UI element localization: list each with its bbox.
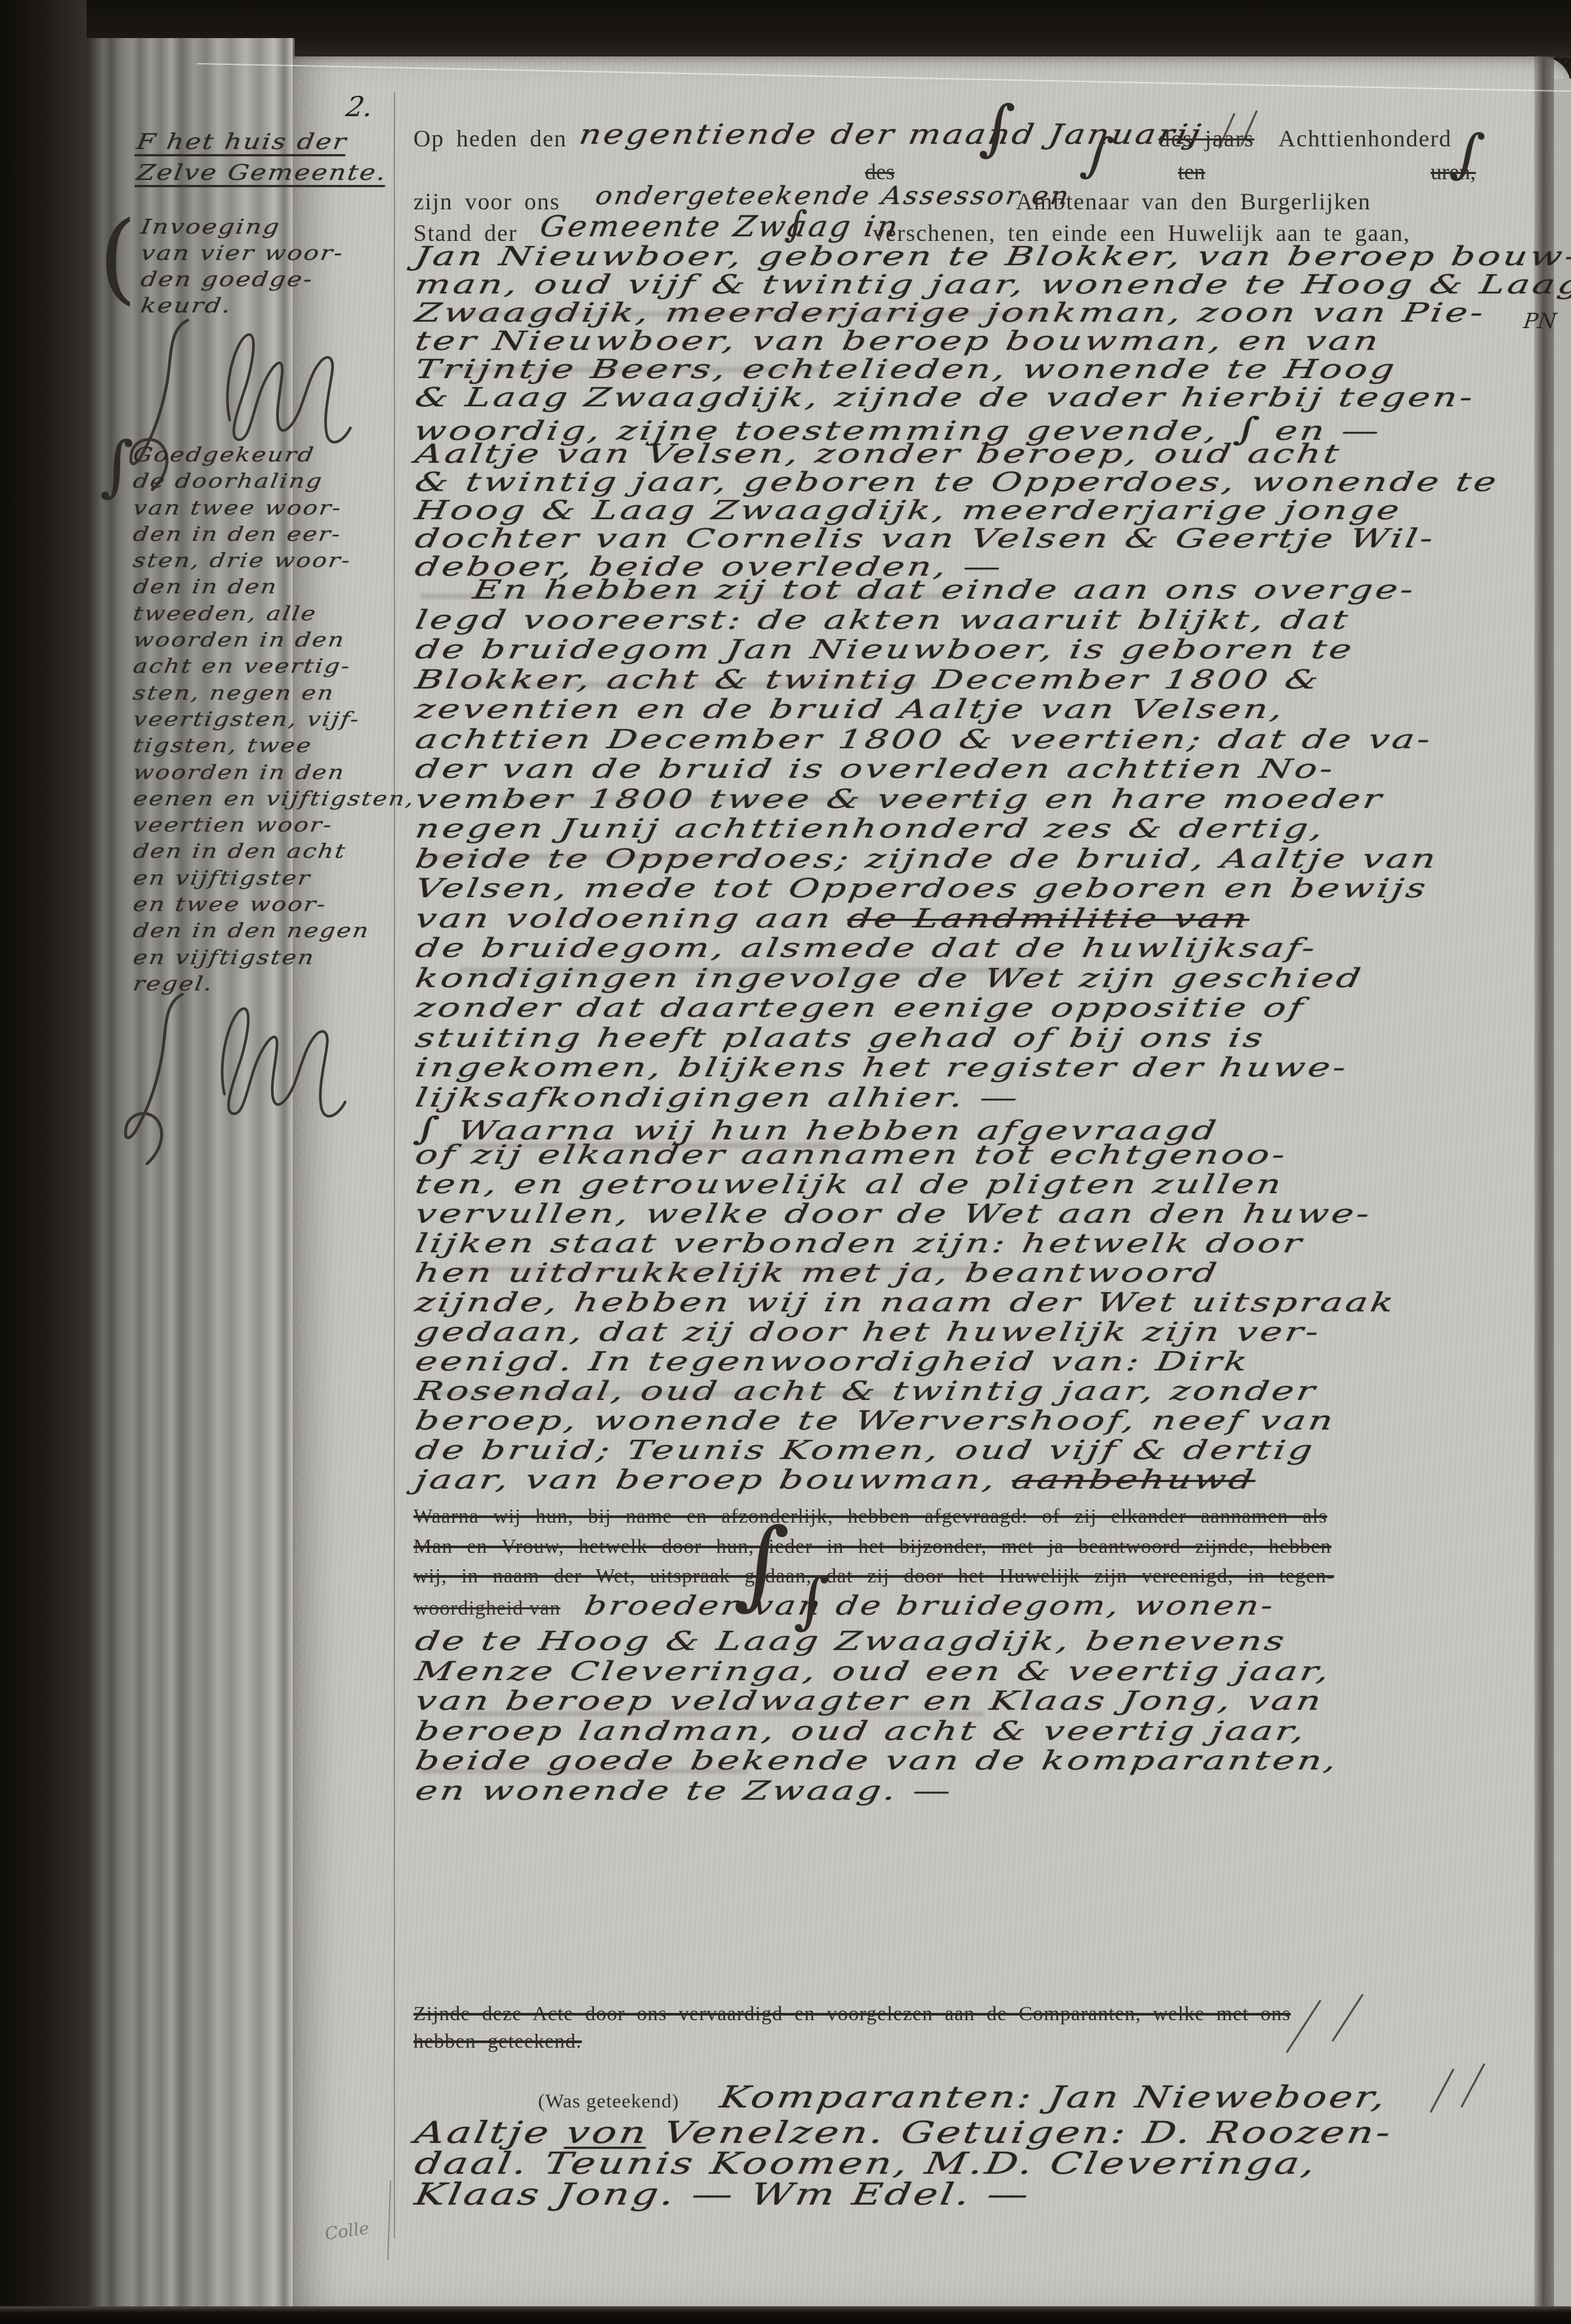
struck-text: de Landmilitie van [845, 904, 1252, 934]
handwritten-line: gedaan, dat zij door het huwelijk zijn v… [413, 1317, 1398, 1347]
text-segment: veertien woor- [131, 814, 335, 837]
text-segment: of zij elkander aannamen tot echtgenoo- [413, 1140, 1290, 1170]
text-segment: Venelzen. Getuigen: D. Roozen- [645, 2115, 1396, 2150]
text-segment: Menze Cleveringa, oud een & veertig jaar… [413, 1657, 1334, 1687]
margin-note-line: acht en veertig- [131, 655, 417, 681]
was-geteekend-label: (Was geteekend) [538, 2090, 679, 2112]
handwritten-line: de bruid; Teunis Komen, oud vijf & derti… [413, 1435, 1398, 1465]
text-segment: sten, negen en [131, 682, 336, 705]
margin-note-line: en twee woor- [131, 893, 417, 919]
struck-printed-line: hebben geteekend. [413, 2029, 1291, 2057]
handwritten-line: van beroep veldwagter en Klaas Jong, van [413, 1686, 1341, 1716]
text-segment: de bruidegom, alsmede dat de huwlijksaf- [413, 933, 1320, 963]
printed-header-pre: Op heden den [413, 125, 567, 152]
text-segment: Rosendal, oud acht & twintig jaar, zonde… [413, 1376, 1320, 1406]
handwritten-line: beide goede bekende van de komparanten, [413, 1746, 1341, 1776]
handwritten-line: Trijntje Beers, echtelieden, wonende te … [413, 354, 1571, 383]
text-segment: der van de bruid is overleden achttien N… [413, 754, 1338, 784]
text-segment: en twee woor- [131, 893, 328, 916]
text-segment: Goedgekeurd [131, 444, 316, 467]
scan-dark-band-left [0, 0, 87, 2324]
signature-line: Klaas Jong. — Wm Edel. — [413, 2176, 1396, 2207]
text-segment: legd vooreerst: de akten waaruit blijkt,… [413, 605, 1353, 635]
handwritten-line: Zwaagdijk, meerderjarige jonkman, zoon v… [413, 298, 1571, 326]
margin-note-line: den goedge- [138, 268, 346, 294]
handwritten-line: vember 1800 twee & veertig en hare moede… [413, 784, 1440, 814]
text-segment: Invoeging [139, 215, 282, 239]
handwritten-line: ter Nieuwboer, van beroep bouwman, en va… [413, 326, 1571, 354]
text-segment: eenen en vijftigsten, [131, 788, 417, 811]
handwritten-line: Rosendal, oud acht & twintig jaar, zonde… [413, 1376, 1398, 1406]
handwritten-line: Velsen, mede tot Opperdoes geboren en be… [413, 874, 1440, 904]
text-segment: Zwaagdijk, meerderjarige jonkman, zoon v… [413, 298, 1488, 328]
handwritten-line: kondigingen ingevolge de Wet zijn geschi… [413, 963, 1440, 994]
margin-note-line: den in den negen [131, 919, 417, 946]
text-segment: en wonende te Zwaag. — [413, 1776, 955, 1806]
margin-note-line: den in den acht [131, 840, 417, 866]
margin-note-line: veertigsten, vijf- [131, 708, 417, 734]
printed-ambtenaar: Ambtenaar van den Burgerlijken [1016, 188, 1371, 215]
struck-printed-line: Man en Vrouw, hetwelk door hun, ieder in… [413, 1534, 1334, 1565]
text-segment: ingekomen, blijkens het register der huw… [413, 1053, 1351, 1083]
printed-struck-ten: ten [1178, 160, 1205, 185]
handwritten-line: zeventien en de bruid Aaltje van Velsen, [413, 694, 1440, 725]
text-segment: En hebben zij tot dat einde aan ons over… [471, 575, 1418, 605]
text-segment: van beroep veldwagter en Klaas Jong, van [413, 1686, 1326, 1716]
text-segment: de te Hoog & Laag Zwaagdijk, benevens [413, 1626, 1289, 1657]
text-segment: Trijntje Beers, echtelieden, wonende te … [413, 354, 1400, 385]
handwritten-line: stuiting heeft plaats gehad of bij ons i… [413, 1023, 1440, 1053]
text-segment: zonder dat daartegen eenige oppositie of [413, 993, 1308, 1023]
handwritten-line: ingekomen, blijkens het register der huw… [413, 1053, 1440, 1083]
margin-brace: ( [98, 209, 137, 307]
insert-mark: ∫ [733, 1513, 791, 1615]
handwritten-line: jaar, van beroep bouwman, aanbehuwd [413, 1465, 1398, 1494]
text-segment: lijken staat verbonden zijn: hetwelk doo… [413, 1229, 1307, 1259]
text-segment: den in den [131, 576, 280, 599]
text-segment: Blokker, acht & twintig December 1800 & [413, 665, 1324, 695]
margin-note-approval: Goedgekeurdde doorhalingvan twee woor-de… [131, 444, 362, 999]
margin-note-line: woorden in den [131, 761, 417, 788]
margin-rule-line [394, 92, 395, 2238]
handwritten-line: & Laag Zwaagdijk, zijnde de vader hierbi… [413, 383, 1571, 411]
insert-mark: ∫ [793, 1569, 830, 1633]
text-segment: en vijftigsten [131, 946, 316, 969]
handwritten-line: man, oud vijf & twintig jaar, wonende te… [413, 270, 1571, 298]
handwritten-line: Menze Cleveringa, oud een & veertig jaar… [413, 1657, 1341, 1687]
margin-note-line: den in den eer- [131, 523, 417, 549]
text-segment: den goedge- [139, 268, 315, 291]
insert-mark: ∫ [978, 96, 1016, 161]
margin-note-line: F het huis der [134, 129, 389, 159]
text-segment: hen uitdrukkelijk met ja, beantwoord [413, 1258, 1222, 1288]
text-segment: man, oud vijf & twintig jaar, wonende te… [413, 270, 1571, 300]
handwritten-paragraph-witnesses2: de te Hoog & Laag Zwaagdijk, benevensMen… [413, 1626, 1064, 1806]
text-segment: Man en Vrouw, hetwelk door hun, ieder in… [413, 1534, 1331, 1557]
margin-note-line: van vier woor- [138, 242, 346, 268]
text-segment: Aaltje van Velsen, zonder beroep, oud ac… [413, 439, 1344, 469]
edge-correction-note: PN [1522, 308, 1558, 333]
text-segment: Velsen, mede tot Opperdoes geboren en be… [413, 874, 1431, 904]
text-segment: den in den negen [131, 919, 371, 942]
handwritten-line: dochter van Cornelis van Velsen & Geertj… [413, 524, 1571, 552]
text-segment: Zelve Gemeente. [135, 159, 389, 185]
text-segment: veertigsten, vijf- [131, 708, 362, 731]
signature-line: daal. Teunis Koomen, M.D. Cleveringa, [413, 2145, 1396, 2176]
margin-note-insertion: Invoegingvan vier woor-den goedge-keurd. [139, 215, 305, 320]
printed-achttienhonderd: Achttienhonderd [1278, 125, 1452, 152]
text-segment: de bruidegom Jan Nieuwboer, is geboren t… [413, 635, 1356, 665]
text-segment: lijksafkondigingen alhier. — [413, 1083, 1022, 1113]
margin-insert-mark: ∫ [100, 433, 134, 499]
scan-dark-band-bottom [0, 2306, 1571, 2324]
handwritten-line: hen uitdrukkelijk met ja, beantwoord [413, 1258, 1398, 1288]
struck-printed-fragment: woordigheid van [413, 1596, 560, 1619]
signature-names: Aaltje von Venelzen. Getuigen: D. Roozen… [413, 2115, 1137, 2207]
handwritten-line: lijken staat verbonden zijn: hetwelk doo… [413, 1229, 1398, 1258]
struck-printed-line: wij, in naam der Wet, uitspraak gedaan, … [413, 1564, 1334, 1594]
scanned-marriage-record: { "document": { "act_number": "2.", "mar… [0, 0, 1571, 2324]
text-segment: acht en veertig- [131, 655, 352, 678]
handwritten-line: de bruidegom, alsmede dat de huwlijksaf- [413, 933, 1440, 963]
text-segment: dochter van Cornelis van Velsen & Geertj… [413, 524, 1438, 554]
handwritten-line: achttien December 1800 & veertien; dat d… [413, 725, 1440, 755]
text-segment: gedaan, dat zij door het huwelijk zijn v… [413, 1317, 1324, 1347]
text-segment: Waarna wij hun, bij name en afzonderlijk… [413, 1504, 1328, 1527]
struck-printed-line: Waarna wij hun, bij name en afzonderlijk… [413, 1504, 1334, 1534]
text-segment: van voldoening aan [413, 904, 850, 934]
margin-note-line: den in den [131, 576, 417, 602]
text-segment: & Laag Zwaagdijk, zijnde de vader hierbi… [413, 383, 1478, 413]
text-segment: wij, in naam der Wet, uitspraak gedaan, … [413, 1564, 1334, 1587]
text-segment: Klaas Jong. — Wm Edel. — [412, 2176, 1034, 2212]
struck-printed-line: Zijnde deze Acte door ons vervaardigd en… [413, 2002, 1291, 2029]
text-segment: stuiting heeft plaats gehad of bij ons i… [413, 1023, 1268, 1053]
text-segment: beide te Opperdoes; zijnde de bruid, Aal… [413, 844, 1440, 874]
handwritten-fragment: broeder van de bruidegom, wonen- [582, 1591, 1278, 1621]
text-segment: zeventien en de bruid Aaltje van Velsen, [413, 694, 1288, 725]
handwritten-line: de te Hoog & Laag Zwaagdijk, benevens [413, 1626, 1341, 1657]
text-segment: zijnde, hebben wij in naam der Wet uitsp… [413, 1288, 1398, 1318]
text-segment: von [564, 2115, 652, 2150]
handwritten-line: woordig, zijne toestemming gevende, ∫ en… [413, 411, 1571, 439]
printed-struck-des-jaars: des jaars [1158, 125, 1254, 152]
text-segment: kondigingen ingevolge de Wet zijn geschi… [413, 963, 1366, 994]
text-segment: beide goede bekende van de komparanten, [413, 1746, 1341, 1776]
handwritten-paragraph-vows-witnesses: ∫ Waarna wij hun hebben afgevraagdof zij… [413, 1110, 1104, 1494]
handwritten-assessor: ondergeteekende Assessor en [593, 181, 1073, 210]
handwritten-line: zijnde, hebben wij in naam der Wet uitsp… [413, 1288, 1398, 1317]
margin-note-line: Zelve Gemeente. [134, 159, 389, 190]
text-segment: F het huis der [135, 129, 350, 154]
margin-note-line: tweeden, alle [131, 602, 417, 629]
text-segment: de bruid; Teunis Komen, oud vijf & derti… [413, 1435, 1318, 1466]
text-segment: Jan Nieuwboer, geboren te Blokker, van b… [413, 242, 1571, 272]
text-segment: en vijftigster [131, 867, 312, 890]
handwritten-paragraph-groom-bride: Jan Nieuwboer, geboren te Blokker, van b… [413, 242, 1237, 580]
handwritten-gemeente: Gemeente Zwaag in [537, 210, 902, 243]
handwritten-line: beroep landman, oud acht & veertig jaar, [413, 1716, 1341, 1746]
margin-note-line: tigsten, twee [131, 734, 417, 761]
handwritten-line: of zij elkander aannamen tot echtgenoo- [413, 1140, 1398, 1170]
struck-printed-block: Waarna wij hun, bij name en afzonderlijk… [413, 1504, 1334, 1594]
handwritten-line: zonder dat daartegen eenige oppositie of [413, 993, 1440, 1023]
signature-intro-handwritten: Komparanten: Jan Nieweboer, [717, 2079, 1391, 2115]
handwritten-line: En hebben zij tot dat einde aan ons over… [413, 575, 1440, 605]
text-segment: sten, drie woor- [131, 549, 353, 572]
text-segment: woorden in den [131, 629, 346, 652]
handwritten-line: Aaltje van Velsen, zonder beroep, oud ac… [413, 439, 1571, 467]
handwritten-line: van voldoening aan de Landmilitie van [413, 904, 1440, 934]
text-segment: Hoog & Laag Zwaagdijk, meerderjarige jon… [413, 496, 1404, 526]
text-segment: negen Junij achttienhonderd zes & dertig… [413, 814, 1328, 844]
handwritten-line: Blokker, acht & twintig December 1800 & [413, 665, 1440, 695]
handwritten-line: vervullen, welke door de Wet aan den huw… [413, 1199, 1398, 1229]
handwritten-line: ten, en getrouwelijk al de pligten zulle… [413, 1170, 1398, 1199]
margin-note-line: van twee woor- [131, 497, 417, 523]
handwritten-line: & twintig jaar, geboren te Opperdoes, wo… [413, 467, 1571, 496]
text-segment: den in den eer- [131, 523, 343, 546]
margin-note-line: sten, drie woor- [131, 549, 417, 576]
signature-line: Aaltje von Venelzen. Getuigen: D. Roozen… [413, 2115, 1396, 2145]
handwritten-paragraph-documents: En hebben zij tot dat einde aan ons over… [413, 575, 1133, 1112]
text-segment: ten, en getrouwelijk al de pligten zulle… [413, 1170, 1286, 1200]
text-segment: beroep, wonende te Wervershoof, neef van [413, 1406, 1338, 1436]
text-segment: tigsten, twee [131, 734, 314, 757]
text-segment: jaar, van beroep bouwman, [413, 1465, 1015, 1495]
handwritten-line: Hoog & Laag Zwaagdijk, meerderjarige jon… [413, 496, 1571, 524]
margin-note-line: eenen en vijftigsten, [131, 788, 417, 814]
margin-note-line: woorden in den [131, 629, 417, 655]
struck-text: aanbehuwd [1009, 1465, 1258, 1495]
handwritten-line: beroep, wonende te Wervershoof, neef van [413, 1406, 1398, 1435]
text-segment: achttien December 1800 & veertien; dat d… [413, 725, 1435, 755]
registrar-initials-flourish [119, 979, 369, 1186]
handwritten-line: negen Junij achttienhonderd zes & dertig… [413, 814, 1440, 844]
margin-note-line: Invoeging [138, 215, 346, 242]
text-segment: & twintig jaar, geboren te Opperdoes, wo… [413, 467, 1501, 497]
text-segment: den in den acht [131, 840, 348, 863]
struck-closing-block: Zijnde deze Acte door ons vervaardigd en… [413, 2002, 1291, 2057]
text-segment: Zijnde deze Acte door ons vervaardigd en… [413, 2002, 1291, 2025]
text-segment: vember 1800 twee & veertig en hare moede… [413, 784, 1387, 814]
handwritten-line: Jan Nieuwboer, geboren te Blokker, van b… [413, 242, 1571, 270]
margin-note-line: Goedgekeurd [131, 444, 417, 470]
text-segment: eenigd. In tegenwoordigheid van: Dirk [413, 1347, 1252, 1377]
handwritten-line: lijksafkondigingen alhier. — [413, 1083, 1440, 1113]
text-segment: beroep landman, oud acht & veertig jaar, [413, 1716, 1309, 1746]
text-segment: daal. Teunis Koomen, M.D. Cleveringa, [412, 2145, 1320, 2181]
text-segment: ter Nieuwboer, van beroep bouwman, en va… [413, 326, 1383, 356]
text-segment: de doorhaling [131, 470, 325, 493]
handwritten-line: en wonende te Zwaag. — [413, 1776, 1341, 1806]
margin-note-line: en vijftigsten [131, 946, 417, 973]
text-segment: van twee woor- [131, 497, 344, 520]
margin-note-line: de doorhaling [131, 470, 417, 496]
handwritten-line: der van de bruid is overleden achttien N… [413, 754, 1440, 784]
text-segment: woorden in den [131, 761, 346, 784]
text-segment: tweeden, alle [131, 602, 318, 625]
text-segment: vervullen, welke door de Wet aan den huw… [413, 1199, 1374, 1229]
margin-note-house: F het huis derZelve Gemeente. [135, 129, 339, 190]
text-segment: Aaltje [412, 2115, 570, 2150]
margin-note-line: sten, negen en [131, 682, 417, 708]
signature-intro-row: (Was geteekend) Komparanten: Jan Niewebo… [413, 2079, 1231, 2115]
printed-zijn-voor-ons: zijn voor ons [413, 188, 560, 215]
handwritten-line: ∫ Waarna wij hun hebben afgevraagd [413, 1110, 1398, 1140]
text-segment: van vier woor- [139, 242, 346, 265]
handwritten-line: de bruidegom Jan Nieuwboer, is geboren t… [413, 635, 1440, 665]
text-segment: hebben geteekend. [413, 2029, 582, 2052]
handwritten-line: legd vooreerst: de akten waaruit blijkt,… [413, 605, 1440, 635]
margin-note-line: en vijftigster [131, 867, 417, 893]
margin-note-line: veertien woor- [131, 814, 417, 840]
handwritten-line: eenigd. In tegenwoordigheid van: Dirk [413, 1347, 1398, 1376]
handwritten-line: beide te Opperdoes; zijnde de bruid, Aal… [413, 844, 1440, 874]
